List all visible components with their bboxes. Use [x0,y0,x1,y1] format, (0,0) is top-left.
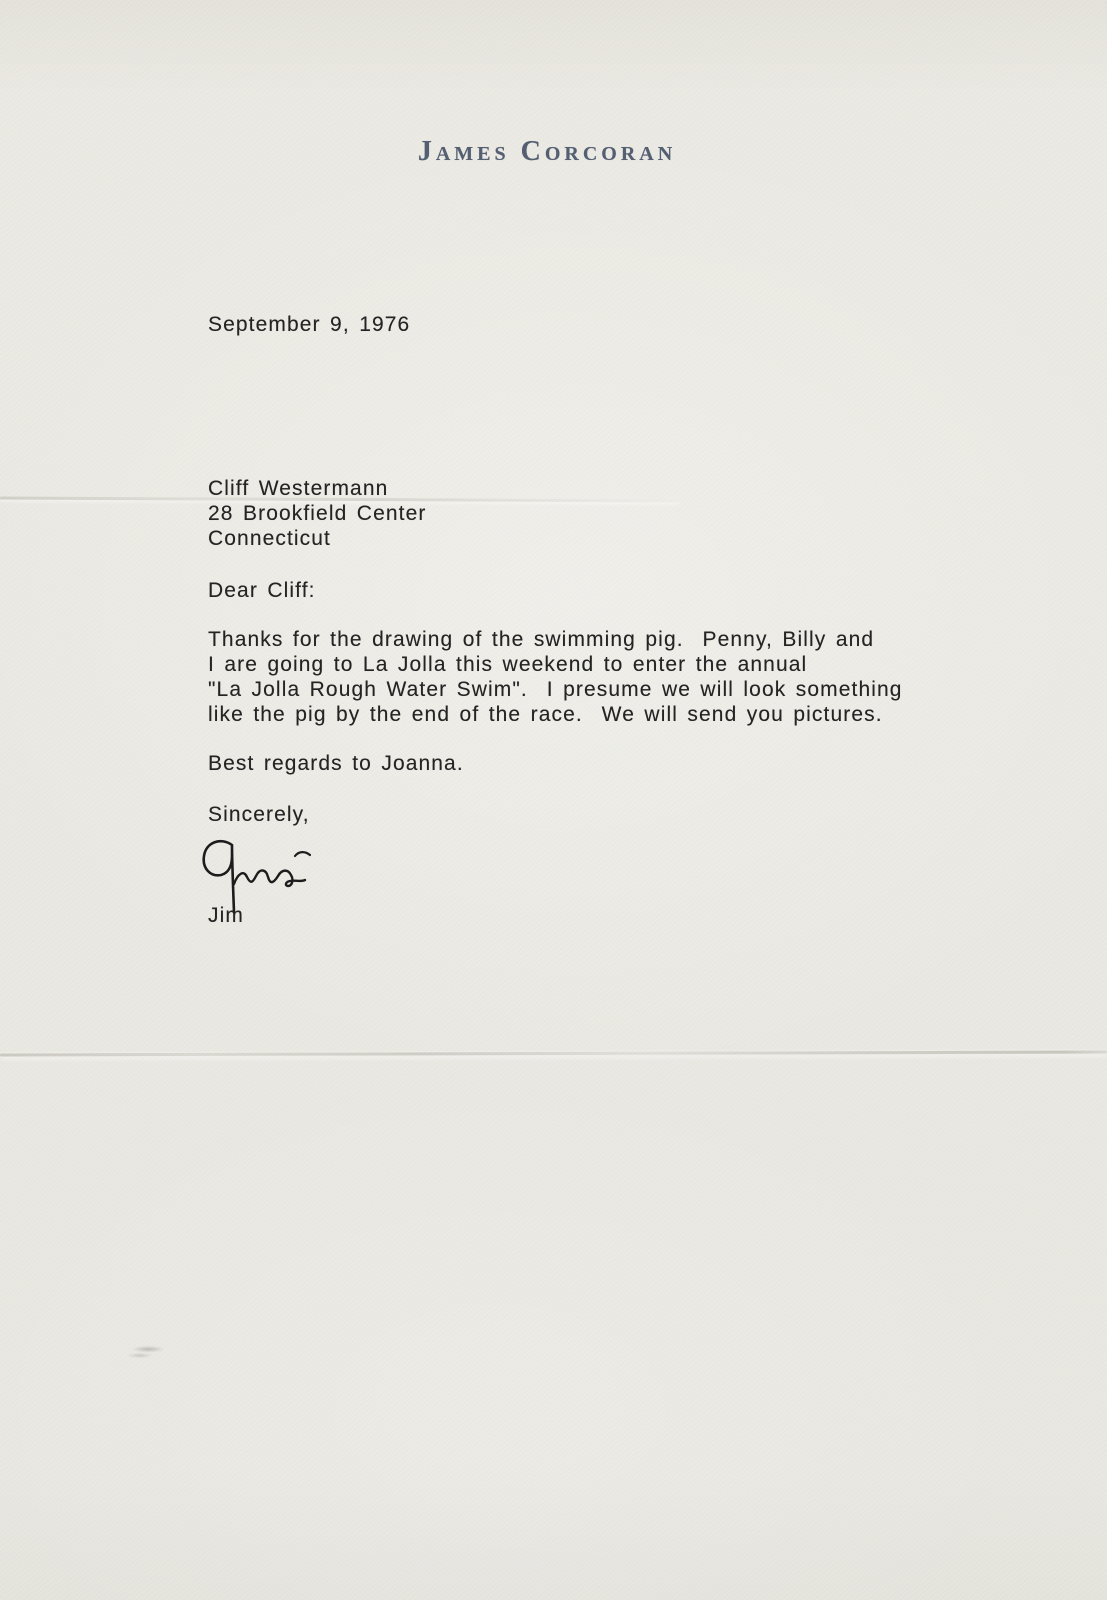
regards-line: Best regards to Joanna. [208,751,464,776]
salutation-line: Dear Cliff: [208,578,316,603]
letterhead-name: James Corcoran [0,136,1094,168]
fold-crease-lower [0,1051,1107,1057]
body-line: "La Jolla Rough Water Swim". I presume w… [208,677,903,702]
recipient-region: Connecticut [208,526,426,551]
paper-smudge-mark [123,1345,165,1359]
paper-grain-texture [0,0,1107,1600]
body-line: Thanks for the drawing of the swimming p… [208,627,903,652]
letter-body: Thanks for the drawing of the swimming p… [208,627,903,727]
recipient-street: 28 Brookfield Center [208,501,426,526]
body-line: I are going to La Jolla this weekend to … [208,652,903,677]
recipient-address-block: Cliff Westermann 28 Brookfield Center Co… [208,476,426,551]
date-line: September 9, 1976 [208,312,410,337]
signed-name: Jim [208,903,244,928]
closing-line: Sincerely, [208,802,310,827]
recipient-name: Cliff Westermann [208,476,426,501]
letter-page: James Corcoran September 9, 1976 Cliff W… [0,0,1107,1600]
body-line: like the pig by the end of the race. We … [208,702,903,727]
